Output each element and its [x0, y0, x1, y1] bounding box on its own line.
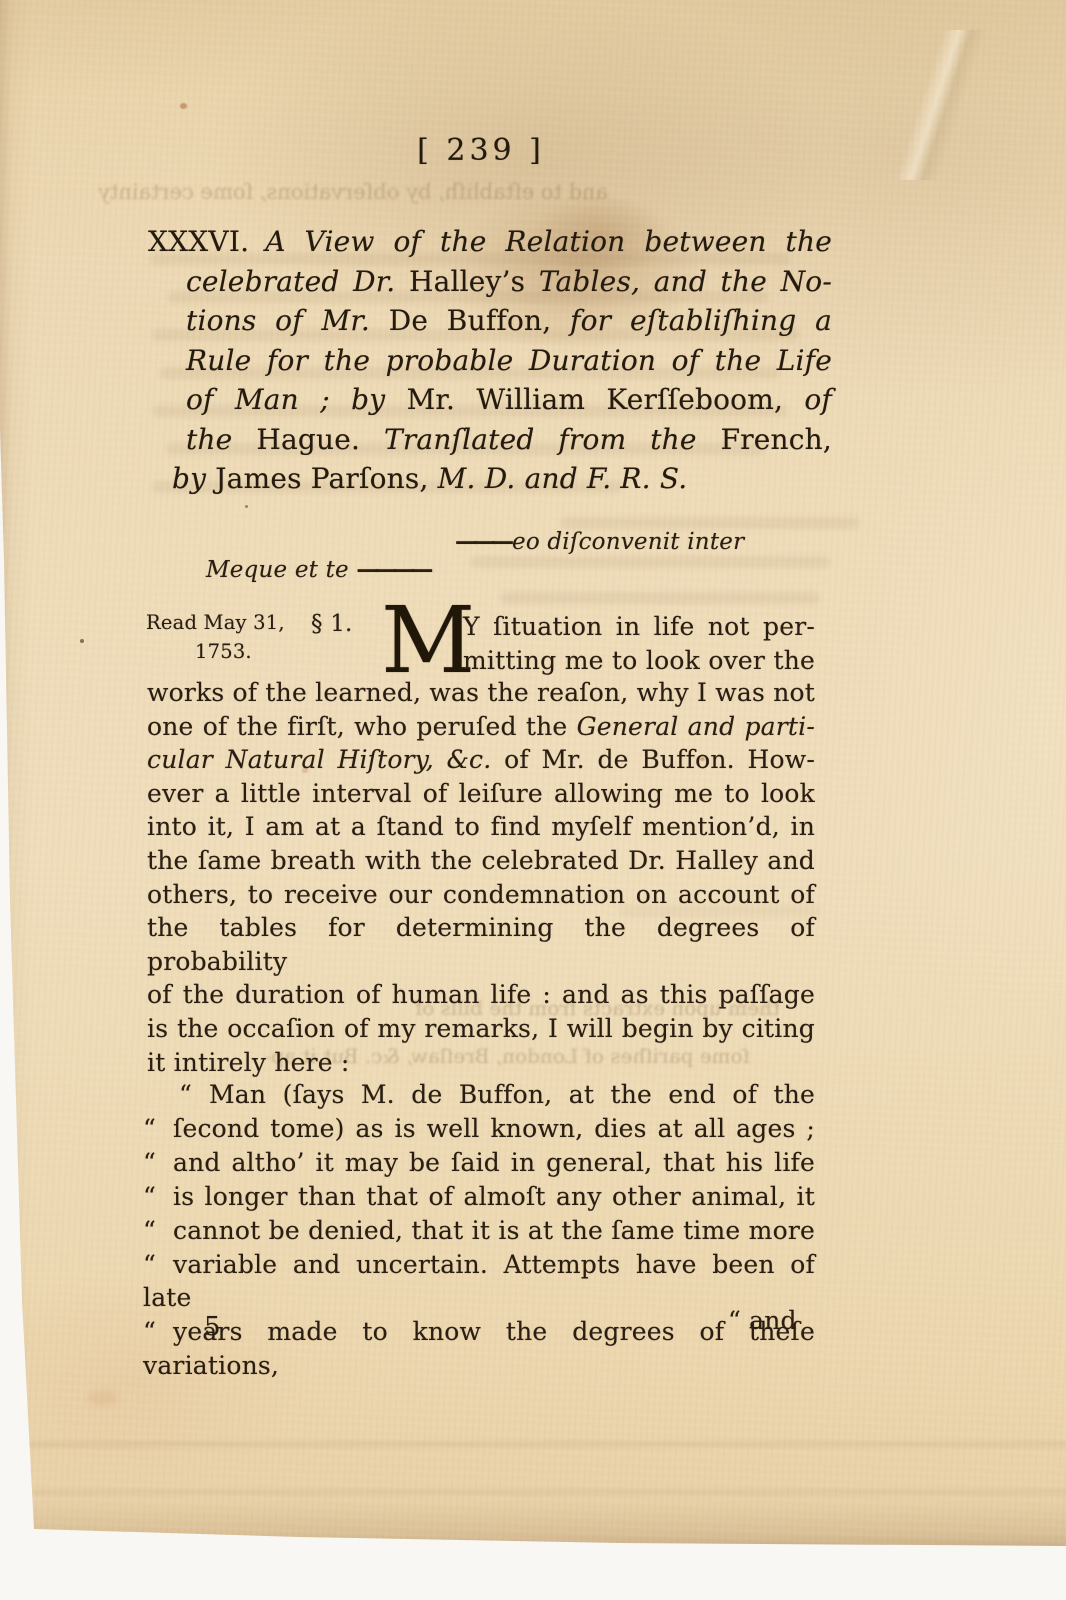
epigraph-line-1: ——— eo diſconvenit inter — [455, 528, 744, 555]
paragraph-main: works of the learned, was the reaſon, wh… — [147, 676, 815, 1079]
text-segment: Hague. — [256, 423, 384, 456]
quote-text: and altho’ it may be ſaid in general, th… — [173, 1148, 815, 1177]
text-segment: others, to receive our condemnation on a… — [147, 880, 815, 909]
text-line: by James Parſons, M. D. and F. R. S. — [148, 459, 832, 499]
section-mark: § 1. — [311, 611, 353, 637]
quote-mark: “ — [143, 1180, 173, 1214]
text-segment: French, — [721, 423, 832, 456]
text-line: Y ſituation in life not per- — [463, 610, 815, 644]
ghost-line — [470, 556, 830, 568]
text-segment: ———— — [356, 556, 428, 583]
page-number: [ 239 ] — [140, 133, 822, 168]
text-segment: ever a little interval of leiſure allowi… — [147, 779, 815, 808]
text-segment: of the duration of human life : and as t… — [147, 980, 815, 1009]
text-line: Rule for the probable Duration of the Li… — [148, 341, 832, 381]
quote-mark: “ — [143, 1315, 173, 1349]
text-segment: General and parti- — [577, 712, 815, 741]
text-segment: Y ſituation in life not per- — [463, 612, 815, 641]
text-line: “is longer than that of almoſt any other… — [143, 1180, 815, 1214]
epigraph-line-2: Meque et te ———— — [206, 556, 428, 583]
text-segment: works of the learned, was the reaſon, wh… — [147, 678, 815, 707]
drop-cap: M — [381, 607, 475, 675]
quote-text: Man (ſays M. de Buffon, at the end of th… — [209, 1080, 815, 1109]
text-line: of Man ; by Mr. William Kerſſeboom, of — [148, 380, 832, 420]
text-segment: Rule for the probable Duration of the Li… — [186, 344, 832, 377]
text-line: works of the learned, was the reaſon, wh… — [147, 676, 815, 710]
quote-mark: “ — [143, 1248, 173, 1282]
text-line: others, to receive our condemnation on a… — [147, 878, 815, 912]
quote-text: variable and uncertain. Attempts have be… — [143, 1250, 815, 1313]
stain-speck — [88, 1390, 118, 1406]
text-line: “years made to know the degrees of theſe… — [143, 1315, 815, 1383]
text-segment: mitting me to look over the — [463, 646, 815, 675]
article-heading: XXXVI.A View of the Relation between the… — [148, 222, 832, 499]
catchword: “ and — [728, 1306, 797, 1335]
quote-text: years made to know the degrees of theſe … — [143, 1317, 815, 1380]
text-segment: ——— — [455, 528, 512, 555]
text-line: tions of Mr. De Buffon, for eſtabliſhing… — [148, 301, 832, 341]
margin-note-read-date: Read May 31, 1753. — [146, 608, 306, 666]
text-segment: celebrated Dr. — [186, 265, 409, 298]
text-segment: Meque et te — [206, 557, 356, 583]
text-segment: one of the firſt, who peruſed the — [147, 712, 577, 741]
text-segment: eo diſconvenit inter — [512, 529, 744, 555]
text-segment: the — [186, 423, 256, 456]
ghost-line — [500, 592, 820, 604]
quote-text: ſecond tome) as is well known, dies at a… — [173, 1114, 815, 1143]
stain-speck — [180, 103, 187, 109]
text-line: mitting me to look over the — [463, 644, 815, 678]
quote-text: cannot be denied, that it is at the ſame… — [173, 1216, 815, 1245]
text-segment: of Man ; by — [186, 383, 407, 416]
text-line: “variable and uncertain. Attempts have b… — [143, 1248, 815, 1316]
text-line: cular Natural Hiſtory, &c. of Mr. de Buf… — [147, 743, 815, 777]
ghost-text-line: and to eſtabliſh, by obſervations, ſome … — [178, 180, 608, 204]
margin-note-line: 1753. — [146, 637, 306, 666]
text-segment: Tranſlated from the — [384, 423, 721, 456]
text-line: into it, I am at a ſtand to find myſelf … — [147, 810, 815, 844]
text-line: of the duration of human life : and as t… — [147, 978, 815, 1012]
text-line: it intirely here : — [147, 1046, 815, 1080]
text-segment: it intirely here : — [147, 1048, 350, 1077]
paragraph-beside-dropcap: Y ſituation in life not per-mitting me t… — [463, 610, 815, 678]
text-segment: the tables for determining the degrees o… — [147, 913, 815, 976]
text-segment: by — [172, 462, 215, 495]
text-line: one of the firſt, who peruſed the Genera… — [147, 710, 815, 744]
text-segment: for eſtabliſhing a — [570, 304, 832, 337]
text-segment: of — [804, 383, 832, 416]
quote-text: is longer than that of almoſt any other … — [173, 1182, 815, 1211]
text-segment: the ſame breath with the celebrated Dr. … — [147, 846, 815, 875]
text-segment: Halley’s — [409, 265, 539, 298]
text-segment: into it, I am at a ſtand to find myſelf … — [147, 812, 815, 841]
text-line: Meque et te ———— — [206, 556, 428, 583]
text-segment: James Parſons, — [215, 462, 437, 495]
scanned-document: { "page": { "number": "[ 239 ]", "signat… — [0, 0, 1066, 1600]
text-line: ——— eo diſconvenit inter — [455, 528, 744, 555]
text-segment: cular Natural Hiſtory, &c. — [147, 745, 491, 774]
signature-mark: 5 — [204, 1312, 221, 1342]
text-line: ever a little interval of leiſure allowi… — [147, 777, 815, 811]
paper-crease — [810, 30, 1066, 180]
text-segment: of Mr. de Buffon. How- — [491, 745, 815, 774]
text-line: the ſame breath with the celebrated Dr. … — [147, 844, 815, 878]
text-segment: De Buffon, — [389, 304, 570, 337]
text-segment: A View of the Relation between the — [265, 225, 832, 258]
text-segment: XXXVI. — [148, 225, 249, 258]
text-line: “Man (ſays M. de Buffon, at the end of t… — [143, 1078, 815, 1112]
text-line: the Hague. Tranſlated from the French, — [148, 420, 832, 460]
text-line: “ſecond tome) as is well known, dies at … — [143, 1112, 815, 1146]
quote-mark: “ — [143, 1146, 173, 1180]
text-line: “and altho’ it may be ſaid in general, t… — [143, 1146, 815, 1180]
text-line: “cannot be denied, that it is at the ſam… — [143, 1214, 815, 1248]
text-line: is the occaſion of my remarks, I will be… — [147, 1012, 815, 1046]
text-line: XXXVI.A View of the Relation between the — [148, 222, 832, 262]
text-segment: Tables, and the No- — [539, 265, 832, 298]
text-segment: is the occaſion of my remarks, I will be… — [147, 1014, 815, 1043]
text-line: the tables for determining the degrees o… — [147, 911, 815, 978]
quote-mark: “ — [179, 1078, 209, 1112]
text-segment: tions of Mr. — [186, 304, 389, 337]
quote-mark: “ — [143, 1112, 173, 1146]
stain-speck — [80, 639, 84, 643]
text-segment: M. D. and F. R. S. — [438, 462, 688, 495]
paper-sheet: and to eſtabliſh, by obſervations, ſome … — [0, 0, 1066, 1554]
text-segment: Mr. William Kerſſeboom, — [407, 383, 805, 416]
quote-block: “Man (ſays M. de Buffon, at the end of t… — [143, 1078, 815, 1383]
text-line: celebrated Dr. Halley’s Tables, and the … — [148, 262, 832, 302]
quote-mark: “ — [143, 1214, 173, 1248]
margin-note-line: Read May 31, — [146, 611, 285, 634]
stain-speck — [245, 505, 248, 508]
